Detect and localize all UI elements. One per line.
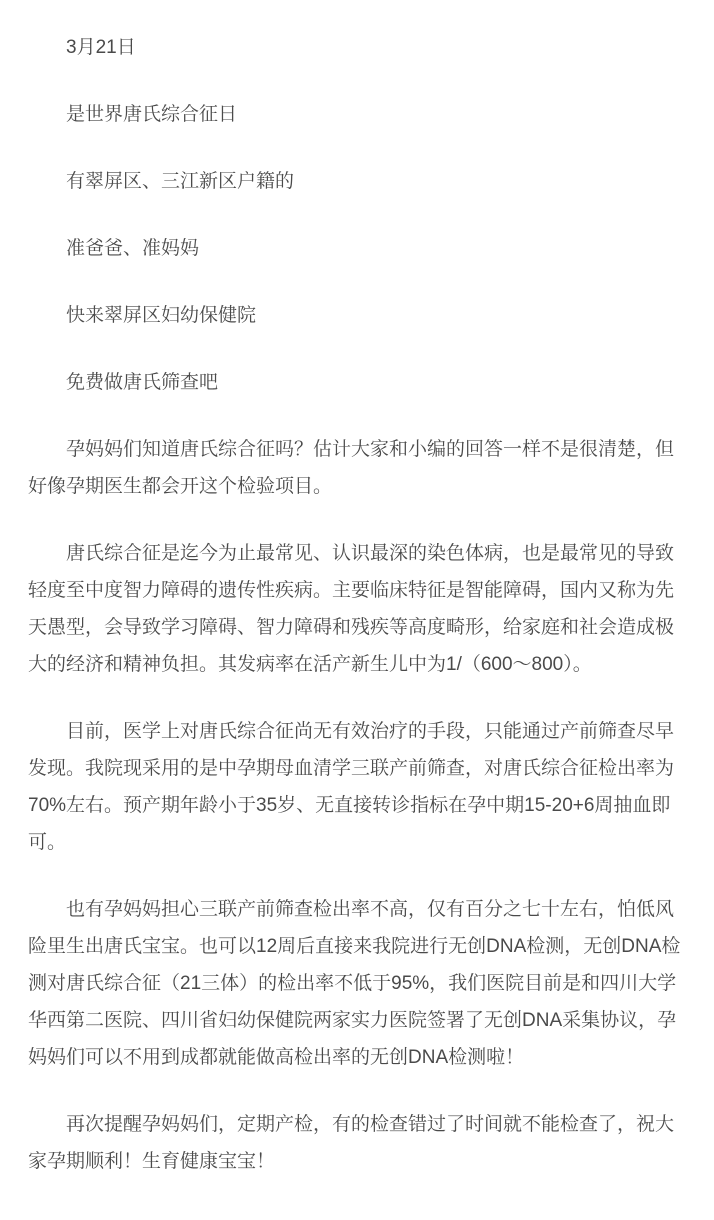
intro-line-parents-to-be: 准爸爸、准妈妈: [28, 230, 690, 267]
body-paragraph-nipt-dna-test: 也有孕妈妈担心三联产前筛查检出率不高，仅有百分之七十左右，怕低风险里生出唐氏宝宝…: [28, 891, 690, 1076]
article-body: 3月21日 是世界唐氏综合征日 有翠屏区、三江新区户籍的 准爸爸、准妈妈 快来翠…: [0, 0, 714, 1220]
body-paragraph-disease-description: 唐氏综合征是迄今为止最常见、认识最深的染色体病，也是最常见的导致轻度至中度智力障…: [28, 535, 690, 683]
body-paragraph-final-reminder: 再次提醒孕妈妈们，定期产检，有的检查错过了时间就不能检查了，祝大家孕期顺利！生育…: [28, 1106, 690, 1180]
intro-line-districts: 有翠屏区、三江新区户籍的: [28, 163, 690, 200]
intro-line-free-screening: 免费做唐氏筛查吧: [28, 364, 690, 401]
intro-line-world-down-syndrome-day: 是世界唐氏综合征日: [28, 96, 690, 133]
body-paragraph-awareness: 孕妈妈们知道唐氏综合征吗？估计大家和小编的回答一样不是很清楚，但好像孕期医生都会…: [28, 431, 690, 505]
intro-line-hospital-invite: 快来翠屏区妇幼保健院: [28, 297, 690, 334]
body-paragraph-screening-method: 目前，医学上对唐氏综合征尚无有效治疗的手段，只能通过产前筛查尽早发现。我院现采用…: [28, 713, 690, 861]
intro-line-date: 3月21日: [28, 29, 690, 66]
